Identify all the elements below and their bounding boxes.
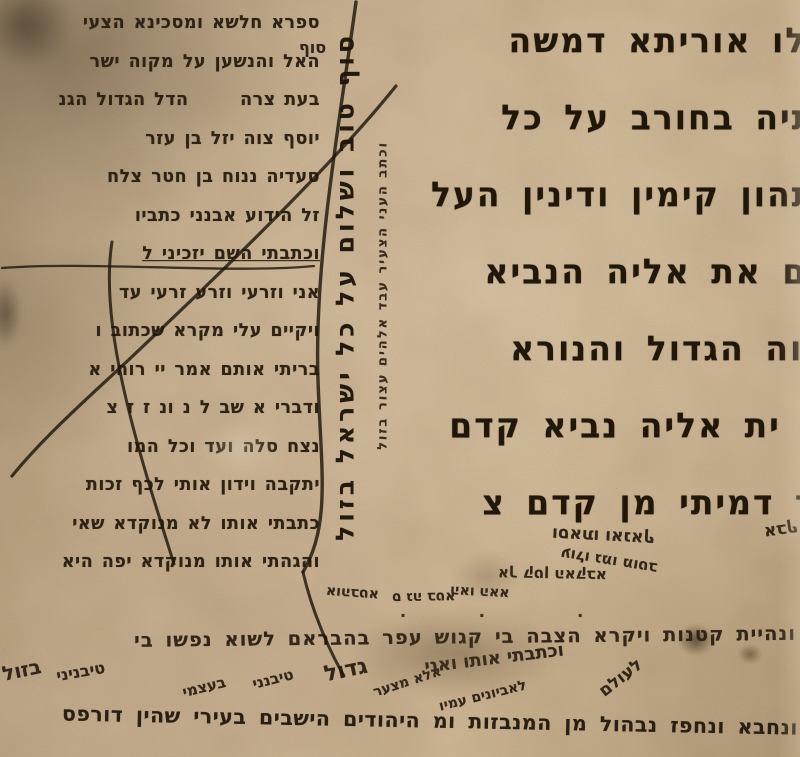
colophon-line: סעדיה ננוח בן חטר צלח xyxy=(0,158,320,197)
ink-dots: · · · xyxy=(400,606,597,625)
inverted-annotation: אך קטן האקבא xyxy=(498,565,607,585)
colophon-line: ספרא חלשא ומסכינא הצעי xyxy=(0,4,320,43)
main-text-line: כם את אליה הנביא xyxy=(408,231,800,311)
main-text-line: יתהון קימין ודינין העל xyxy=(408,154,800,234)
diagonal-word: בעצמי xyxy=(180,673,227,701)
colophon-line: בעת צרה הדל הגדול הגנ xyxy=(0,81,320,120)
colophon-line: יתקבה וידון אותי לכף זכות xyxy=(0,466,320,505)
diagonal-word: טיבניני xyxy=(55,658,107,685)
main-text-column: כלו אוריתא דמשה יתיה בחורב על כל יתהון ק… xyxy=(408,2,800,541)
colophon-line: האל והנשען על מקוה ישר xyxy=(0,42,320,81)
inverted-annotation: האו האא xyxy=(450,582,510,601)
diagonal-word: בזול xyxy=(0,654,43,686)
marginal-vertical-outer-line: סוף טוב ושלום על כל ישראל בזול xyxy=(331,4,360,570)
main-text-line: ון ית אליה נביא קדם xyxy=(408,385,800,465)
edge-light-band xyxy=(778,0,800,757)
colophon-line-underlined: וכתבתי השם יזכיני ל xyxy=(0,235,320,274)
pen-trial-line: ונהיית קטנות ויקרא הצבה בי קגוש עפר בהבר… xyxy=(4,622,796,653)
colophon-line: יוסף צוה יזל בן עזר xyxy=(0,119,320,158)
bottom-cursive-line: ונחבא ונחפז נבהול מן המנבזות ומ היהודים … xyxy=(2,700,798,739)
ink-spot xyxy=(738,644,762,664)
colophon-line: ודברי א שב ל נ ונ ז ז צ xyxy=(0,389,320,428)
colophon-line: ויקיים עלי מקרא שכתוב ו xyxy=(0,312,320,351)
diagonal-word: לעולם xyxy=(595,655,646,701)
colophon-line: כתבתי אותו לא מנוקדא שאי xyxy=(0,504,320,543)
colophon-column: ספרא חלשא ומסכינא הצעי האל והנשען על מקו… xyxy=(0,4,320,582)
main-text-line: כלו אוריתא דמשה xyxy=(408,0,800,80)
colophon-line: והגהתי אותו מנוקדא יפה היא xyxy=(0,543,320,582)
inverted-annotation: אוהבטא xyxy=(326,583,380,603)
diagonal-word: אלא מצער xyxy=(371,663,443,700)
colophon-line: אני וזרעי וזרע זרעי עד xyxy=(0,273,320,312)
inverted-annotation: ס גה בטא xyxy=(392,588,456,605)
diagonal-word: גדול xyxy=(322,654,370,688)
diagonal-word: טיבנני xyxy=(250,665,295,693)
manuscript-page: כלו אוריתא דמשה יתיה בחורב על כל יתהון ק… xyxy=(0,0,800,757)
marginal-word-sof: סוף xyxy=(299,38,326,57)
main-text-line: הוה הגדול והנורא xyxy=(408,308,800,388)
colophon-line: זל הידוע אבנני כתביו xyxy=(0,196,320,235)
marginal-vertical-inner-line: וכתב העני הצעיר עבד אלהים עצור בזול xyxy=(376,48,391,543)
main-text-line: יתיה בחורב על כל xyxy=(408,77,800,157)
colophon-line: בריתי אותם אמר יי רוחי א xyxy=(0,350,320,389)
colophon-line: נצח סלה ועד וכל המו xyxy=(0,427,320,466)
